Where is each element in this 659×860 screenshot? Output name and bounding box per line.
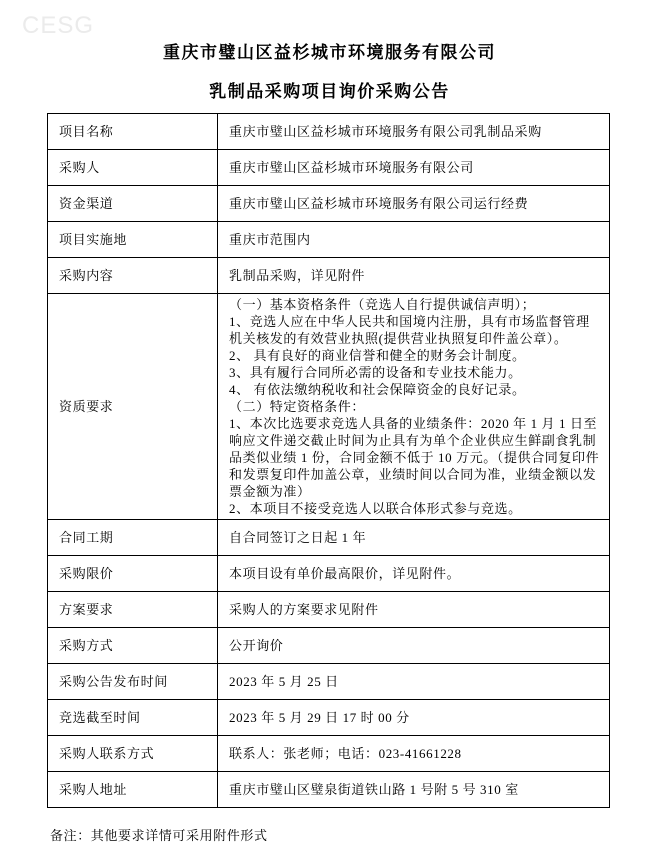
row-label: 采购内容 [48, 258, 218, 294]
requirement-paragraph: 1、竞选人应在中华人民共和国境内注册，具有市场监督管理机关核发的有效营业执照(提… [229, 313, 601, 347]
requirement-paragraph: 4、 有依法缴纳税收和社会保障资金的良好记录。 [229, 381, 601, 398]
row-label: 竞选截至时间 [48, 700, 218, 736]
row-value: 重庆市范围内 [218, 222, 610, 258]
row-value: 重庆市璧山区益杉城市环境服务有限公司运行经费 [218, 186, 610, 222]
row-value: 本项目设有单价最高限价，详见附件。 [218, 556, 610, 592]
table-row: 项目名称重庆市璧山区益杉城市环境服务有限公司乳制品采购 [48, 114, 610, 150]
document-title-line1: 重庆市璧山区益杉城市环境服务有限公司 [0, 0, 659, 64]
watermark-cesg: CESG [22, 12, 94, 40]
table-row: 采购人重庆市璧山区益杉城市环境服务有限公司 [48, 150, 610, 186]
row-value: （一）基本资格条件（竞选人自行提供诚信声明）；1、竞选人应在中华人民共和国境内注… [218, 294, 610, 520]
table-row: 采购限价本项目设有单价最高限价，详见附件。 [48, 556, 610, 592]
table-row: 采购公告发布时间2023 年 5 月 25 日 [48, 664, 610, 700]
row-value: 2023 年 5 月 29 日 17 时 00 分 [218, 700, 610, 736]
row-value: 重庆市璧山区璧泉街道铁山路 1 号附 5 号 310 室 [218, 772, 610, 808]
document-page: CESG 重庆市璧山区益杉城市环境服务有限公司 乳制品采购项目询价采购公告 项目… [0, 0, 659, 860]
row-label: 采购人地址 [48, 772, 218, 808]
row-label: 项目名称 [48, 114, 218, 150]
table-row: 资金渠道重庆市璧山区益杉城市环境服务有限公司运行经费 [48, 186, 610, 222]
row-label: 方案要求 [48, 592, 218, 628]
requirement-paragraph: （二）特定资格条件： [229, 398, 601, 415]
announcement-table: 项目名称重庆市璧山区益杉城市环境服务有限公司乳制品采购采购人重庆市璧山区益杉城市… [47, 113, 610, 808]
row-value: 乳制品采购，详见附件 [218, 258, 610, 294]
row-value: 重庆市璧山区益杉城市环境服务有限公司 [218, 150, 610, 186]
document-title-line2: 乳制品采购项目询价采购公告 [0, 81, 659, 103]
row-label: 采购人 [48, 150, 218, 186]
row-value: 2023 年 5 月 25 日 [218, 664, 610, 700]
row-label: 采购限价 [48, 556, 218, 592]
table-row: 项目实施地重庆市范围内 [48, 222, 610, 258]
table-row: 资质要求（一）基本资格条件（竞选人自行提供诚信声明）；1、竞选人应在中华人民共和… [48, 294, 610, 520]
requirement-paragraph: 1、本次比选要求竞选人具备的业绩条件：2020 年 1 月 1 日至响应文件递交… [229, 415, 601, 500]
row-label: 资金渠道 [48, 186, 218, 222]
table-row: 采购人联系方式联系人：张老师；电话：023-41661228 [48, 736, 610, 772]
requirement-paragraph: 2、 具有良好的商业信誉和健全的财务会计制度。 [229, 347, 601, 364]
requirement-paragraph: 3、具有履行合同所必需的设备和专业技术能力。 [229, 364, 601, 381]
table-row: 合同工期自合同签订之日起 1 年 [48, 520, 610, 556]
row-value: 重庆市璧山区益杉城市环境服务有限公司乳制品采购 [218, 114, 610, 150]
table-row: 采购人地址重庆市璧山区璧泉街道铁山路 1 号附 5 号 310 室 [48, 772, 610, 808]
row-label: 采购方式 [48, 628, 218, 664]
table-row: 采购方式公开询价 [48, 628, 610, 664]
row-label: 采购人联系方式 [48, 736, 218, 772]
row-value: 采购人的方案要求见附件 [218, 592, 610, 628]
row-label: 项目实施地 [48, 222, 218, 258]
table-row: 竞选截至时间2023 年 5 月 29 日 17 时 00 分 [48, 700, 610, 736]
table-row: 采购内容乳制品采购，详见附件 [48, 258, 610, 294]
row-label: 合同工期 [48, 520, 218, 556]
requirement-paragraph: 2、本项目不接受竞选人以联合体形式参与竞选。 [229, 500, 601, 517]
row-label: 采购公告发布时间 [48, 664, 218, 700]
row-value: 公开询价 [218, 628, 610, 664]
table-row: 方案要求采购人的方案要求见附件 [48, 592, 610, 628]
row-value: 自合同签订之日起 1 年 [218, 520, 610, 556]
row-label: 资质要求 [48, 294, 218, 520]
footer-note: 备注：其他要求详情可采用附件形式 [50, 825, 659, 844]
row-value: 联系人：张老师；电话：023-41661228 [218, 736, 610, 772]
requirement-paragraph: （一）基本资格条件（竞选人自行提供诚信声明）； [229, 296, 601, 313]
